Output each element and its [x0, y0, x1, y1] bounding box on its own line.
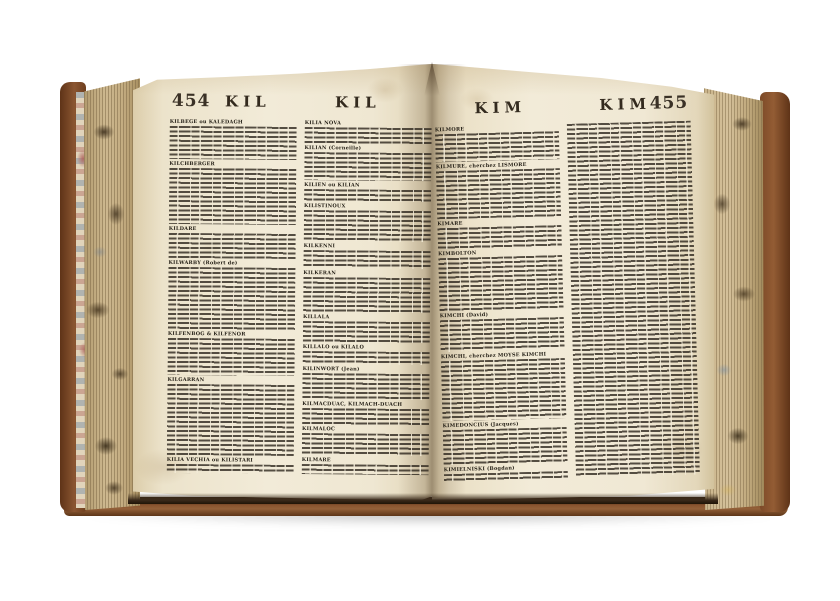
entry-headword: KILBEGE ou KALEDAGH [170, 119, 297, 127]
body-text-lines [169, 126, 296, 160]
right-page-columns: KILMOREKILMURE, cherchez LISMOREKIMAREKI… [435, 121, 700, 482]
text-column [567, 121, 700, 478]
dictionary-entry: KILCHBERGER [169, 161, 297, 225]
body-text-lines [168, 267, 296, 330]
dictionary-entry: KILMALOC [302, 426, 429, 456]
body-text-lines [436, 168, 561, 219]
dictionary-entry: KIMEDONCIUS (Jacques) [443, 420, 568, 465]
right-page-header: KIM KIM 455 [434, 93, 691, 126]
entry-headword: KILIA VECHIA ou KILISTARI [167, 457, 294, 465]
dictionary-entry: KILDARE [169, 226, 296, 259]
dictionary-entry: KILINWORT (Jean) [302, 366, 429, 400]
left-page-header: 454 KIL KIL [170, 91, 432, 119]
body-text-lines [441, 358, 567, 421]
dictionary-entry: KIMBOLTON [438, 248, 564, 311]
body-text-lines [169, 168, 296, 225]
entry-headword: KILMACDUAC, KILMACH-DUACH [302, 401, 429, 409]
right-cover-leather-edge [760, 92, 790, 512]
body-text-lines [302, 373, 429, 400]
body-text-lines [303, 351, 430, 365]
dictionary-entry: KILKENNI [303, 243, 430, 269]
page-number-right: 455 [649, 93, 688, 114]
body-text-lines [169, 233, 296, 259]
dictionary-entry: KILIA NOVA [305, 120, 432, 144]
body-text-lines [303, 250, 430, 269]
dictionary-entry: KILMACDUAC, KILMACH-DUACH [302, 401, 429, 425]
dictionary-entry: KILBEGE ou KALEDAGH [169, 119, 296, 160]
body-text-lines [567, 121, 700, 478]
dictionary-entry: KILWARBY (Robert de) [168, 260, 296, 330]
body-text-lines [443, 427, 568, 465]
dictionary-entry: KILKERAN [303, 270, 430, 313]
dictionary-entry: KILMORE [435, 124, 560, 162]
body-text-lines [168, 338, 295, 376]
text-column: KILBEGE ou KALEDAGHKILCHBERGERKILDAREKIL… [167, 119, 297, 474]
body-text-lines [303, 321, 430, 343]
dictionary-entry: KILFENBOG & KILFENOR [168, 331, 295, 376]
left-page-content: 454 KIL KIL KILBEGE ou KALEDAGHKILCHBERG… [167, 91, 432, 485]
body-text-lines [303, 277, 430, 313]
dictionary-entry: KILLALA [303, 314, 430, 343]
body-text-lines [304, 210, 431, 242]
body-text-lines [305, 127, 432, 144]
body-text-lines [167, 384, 295, 456]
body-text-lines [302, 433, 429, 456]
dictionary-entry: KILIAN (Corneille) [304, 145, 431, 181]
dictionary-entry: KILIA VECHIA ou KILISTARI [167, 457, 294, 474]
dictionary-entry: KILMURE, cherchez LISMORE [436, 161, 561, 219]
dictionary-entry: KIMIELNISKI (Bogdan) [444, 464, 568, 481]
left-fore-edge-speckled [84, 74, 140, 510]
running-head-left-col2: KIL [292, 93, 424, 112]
body-text-lines [438, 255, 563, 311]
running-head-right-col1: KIM [434, 97, 566, 118]
right-page-content: KIM KIM 455 KILMOREKILMURE, cherchez LIS… [434, 93, 700, 490]
body-text-lines [167, 464, 294, 474]
dictionary-entry: KILGARRAN [167, 377, 295, 456]
left-page-columns: KILBEGE ou KALEDAGHKILCHBERGERKILDAREKIL… [167, 119, 432, 475]
dictionary-entry: KIMARE [437, 218, 562, 249]
text-column: KILMOREKILMURE, cherchez LISMOREKIMAREKI… [435, 124, 568, 481]
body-text-lines [437, 225, 562, 249]
entry-headword: KILFENBOG & KILFENOR [168, 331, 295, 339]
running-head-left-col1: KIL [204, 92, 292, 111]
body-text-lines [304, 189, 431, 202]
page-block-bottom-edge [128, 493, 718, 504]
entry-headword: KILWARBY (Robert de) [168, 260, 295, 268]
text-column: KILIA NOVAKILIAN (Corneille)KILIEN ou KI… [302, 120, 432, 475]
dictionary-entry: KILMARE [302, 457, 429, 475]
body-text-lines [304, 152, 431, 181]
dictionary-entry: KIMCHI, cherchez MOYSE KIMCHI [441, 351, 567, 421]
dictionary-entry: KILIEN ou KILIAN [304, 182, 431, 202]
body-text-lines [302, 408, 429, 425]
body-text-lines [435, 131, 560, 162]
dictionary-entry: KILISTINOUX [304, 203, 431, 242]
dictionary-entry: KIMCHI (David) [440, 310, 565, 352]
photo-open-antique-book: 454 KIL KIL KILBEGE ou KALEDAGHKILCHBERG… [0, 0, 840, 601]
body-text-lines [302, 464, 429, 475]
dictionary-entry: KILLALO ou KILALO [303, 344, 430, 365]
body-text-lines [440, 317, 565, 352]
